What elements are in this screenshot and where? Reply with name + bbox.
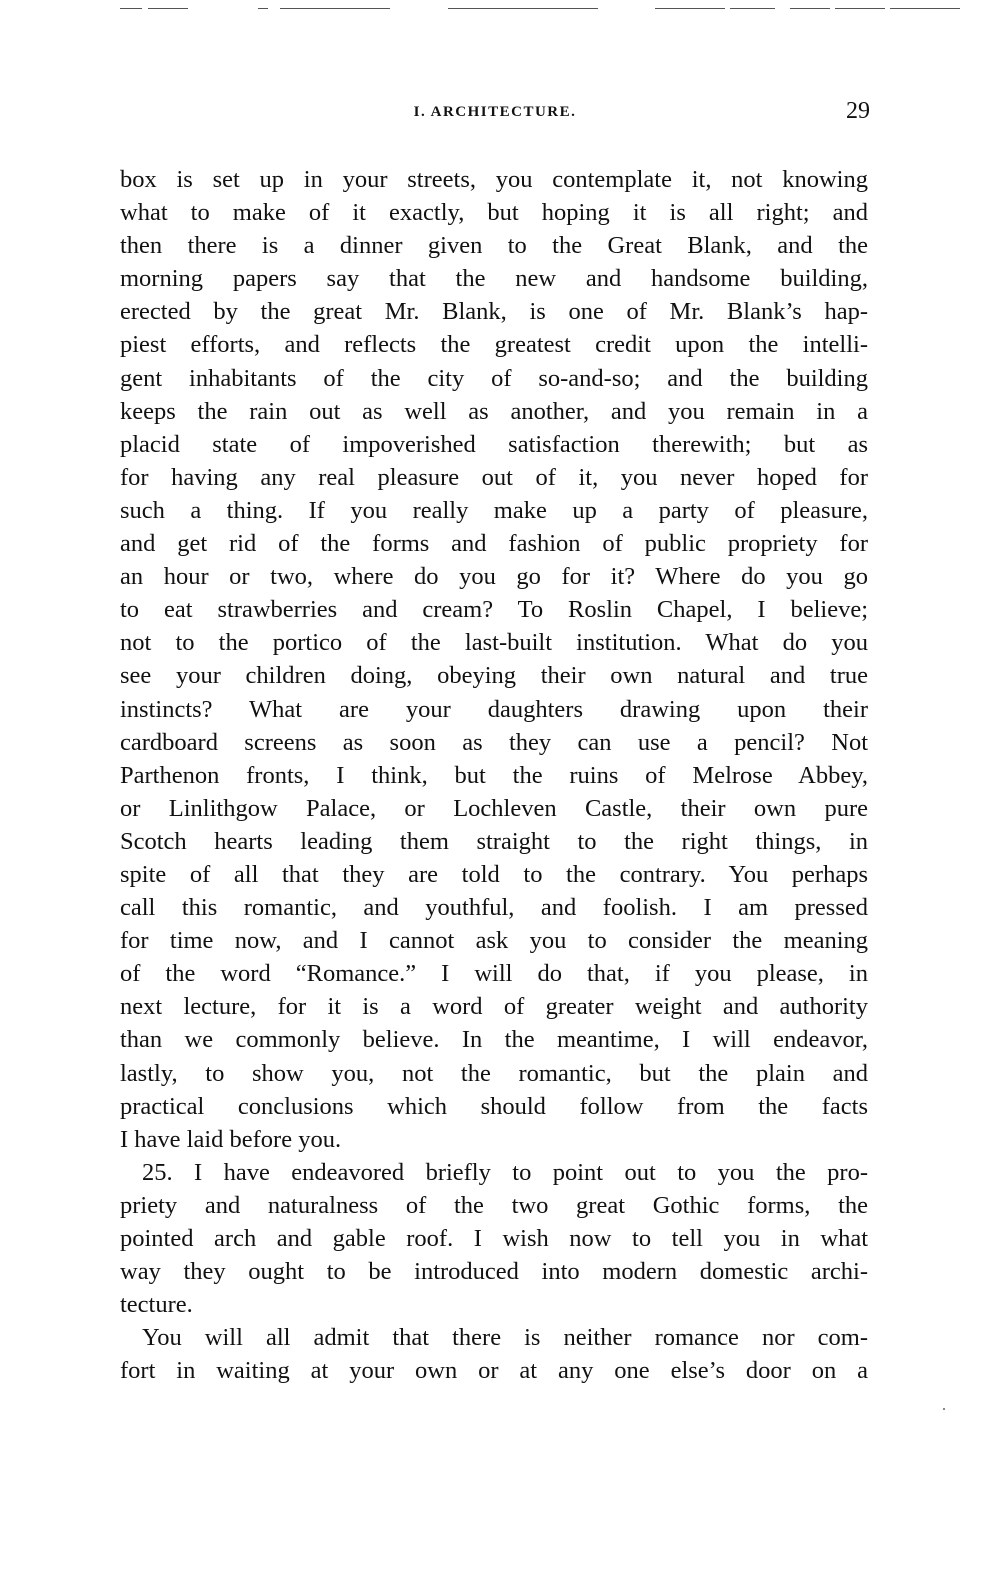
- text-line: I have laid before you.: [120, 1123, 868, 1156]
- text-line: fort in waiting at your own or at any on…: [120, 1354, 868, 1387]
- scan-mark: [835, 8, 885, 9]
- text-line: pointed arch and gable roof. I wish now …: [120, 1222, 868, 1255]
- scan-artifact-top-edge: [0, 0, 1000, 14]
- text-line: to eat strawberries and cream? To Roslin…: [120, 593, 868, 626]
- text-line: spite of all that they are told to the c…: [120, 858, 868, 891]
- scan-mark: [730, 8, 775, 9]
- running-header: I. ARCHITECTURE. 29: [120, 98, 870, 128]
- text-line: You will all admit that there is neither…: [120, 1321, 868, 1354]
- text-line: next lecture, for it is a word of greate…: [120, 990, 868, 1023]
- text-line: instincts? What are your daughters drawi…: [120, 693, 868, 726]
- text-line: practical conclusions which should follo…: [120, 1090, 868, 1123]
- body-text: box is set up in your streets, you conte…: [120, 163, 868, 1387]
- text-line: keeps the rain out as well as another, a…: [120, 395, 868, 428]
- text-line: than we commonly believe. In the meantim…: [120, 1023, 868, 1056]
- text-line: tecture.: [120, 1288, 868, 1321]
- text-line: then there is a dinner given to the Grea…: [120, 229, 868, 262]
- text-line: such a thing. If you really make up a pa…: [120, 494, 868, 527]
- scan-mark: [280, 8, 390, 9]
- text-line: of the word “Romance.” I will do that, i…: [120, 957, 868, 990]
- text-line: call this romantic, and youthful, and fo…: [120, 891, 868, 924]
- page-number: 29: [846, 98, 870, 125]
- text-line: not to the portico of the last-built ins…: [120, 626, 868, 659]
- scan-speck: [943, 1408, 945, 1410]
- text-line: Parthenon fronts, I think, but the ruins…: [120, 759, 868, 792]
- text-line: an hour or two, where do you go for it? …: [120, 560, 868, 593]
- scan-mark: [148, 8, 188, 9]
- text-line: cardboard screens as soon as they can us…: [120, 726, 868, 759]
- text-line: for time now, and I cannot ask you to co…: [120, 924, 868, 957]
- text-line: erected by the great Mr. Blank, is one o…: [120, 295, 868, 328]
- scan-mark: [258, 8, 268, 9]
- scan-mark: [120, 8, 142, 9]
- text-line: Scotch hearts leading them straight to t…: [120, 825, 868, 858]
- scan-mark: [890, 8, 960, 9]
- text-line: lastly, to show you, not the romantic, b…: [120, 1057, 868, 1090]
- scan-mark: [655, 8, 725, 9]
- text-line: what to make of it exactly, but hoping i…: [120, 196, 868, 229]
- running-title: I. ARCHITECTURE.: [120, 104, 870, 121]
- text-line: piest efforts, and reflects the greatest…: [120, 328, 868, 361]
- scan-mark: [448, 8, 598, 9]
- text-line: see your children doing, obeying their o…: [120, 659, 868, 692]
- text-line: placid state of impoverished satisfactio…: [120, 428, 868, 461]
- scan-mark: [790, 8, 830, 9]
- text-line: 25. I have endeavored briefly to point o…: [120, 1156, 868, 1189]
- text-line: or Linlithgow Palace, or Lochleven Castl…: [120, 792, 868, 825]
- text-line: priety and naturalness of the two great …: [120, 1189, 868, 1222]
- text-line: morning papers say that the new and hand…: [120, 262, 868, 295]
- text-line: and get rid of the forms and fashion of …: [120, 527, 868, 560]
- text-line: box is set up in your streets, you conte…: [120, 163, 868, 196]
- text-line: way they ought to be introduced into mod…: [120, 1255, 868, 1288]
- text-line: for having any real pleasure out of it, …: [120, 461, 868, 494]
- text-line: gent inhabitants of the city of so-and-s…: [120, 362, 868, 395]
